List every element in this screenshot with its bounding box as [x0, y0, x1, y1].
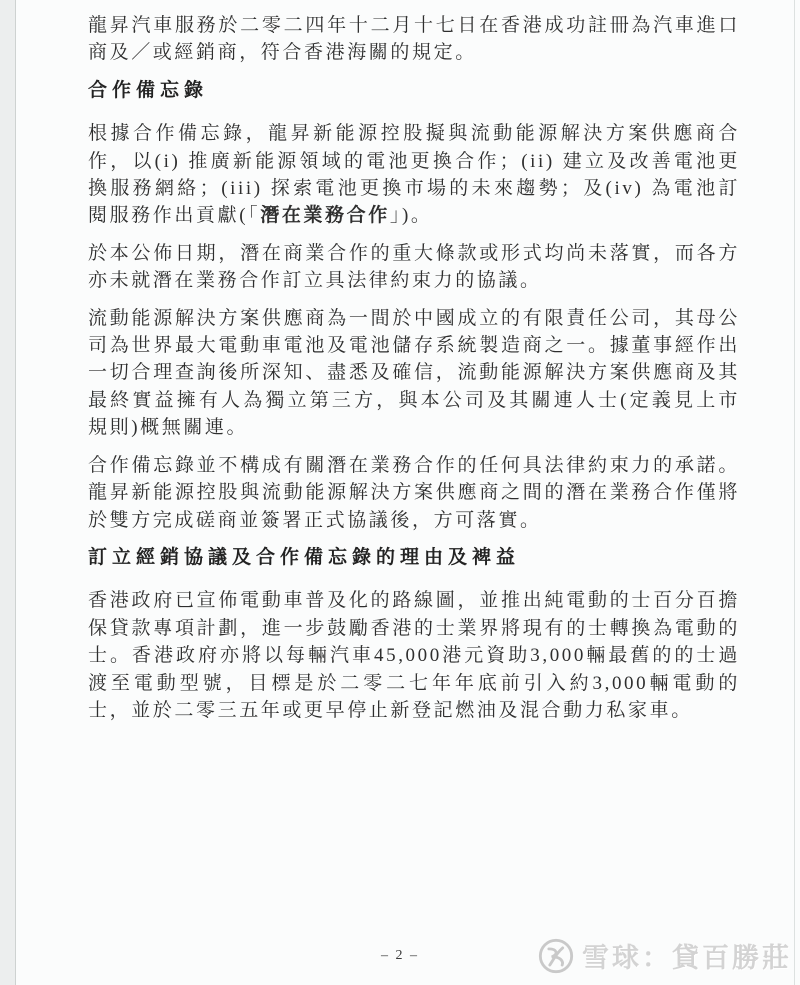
- scan-right-edge: [794, 0, 795, 985]
- page-footer: – 2 – 雪球：貸百勝莊: [0, 936, 800, 982]
- paragraph-no-binding-terms: 於本公佈日期，潛在商業合作的重大條款或形式均尚未落實，而各方亦未就潛在業務合作訂…: [88, 240, 740, 295]
- paragraph-text: 」)。: [390, 205, 433, 226]
- xueqiu-watermark: 雪球：貸百勝莊: [537, 936, 792, 975]
- paragraph-memorandum-disclaimer: 合作備忘錄並不構成有關潛在業務合作的任何具法律約束力的承諾。龍昇新能源控股與流動…: [88, 452, 740, 534]
- heading-cooperation-memorandum: 合作備忘錄: [88, 77, 740, 104]
- paragraph-supplier-background: 流動能源解決方案供應商為一間於中國成立的有限責任公司，其母公司為世界最大電動車電…: [88, 305, 740, 442]
- xueqiu-snowball-icon: [537, 937, 575, 975]
- defined-term-potential-business-cooperation: 潛在業務合作: [260, 205, 390, 226]
- paragraph-customs-registration: 龍昇汽車服務於二零二四年十二月十七日在香港成功註冊為汽車進口商及／或經銷商，符合…: [88, 12, 740, 67]
- scan-left-edge: [0, 0, 16, 985]
- paragraph-hk-ev-policy: 香港政府已宣佈電動車普及化的路線圖，並推出純電動的士百分百擔保貸款專項計劃，進一…: [88, 587, 740, 724]
- paragraph-memorandum-scope: 根據合作備忘錄，龍昇新能源控股擬與流動能源解決方案供應商合作，以(i) 推廣新能…: [88, 120, 740, 230]
- watermark-label: 雪球：貸百勝莊: [582, 936, 792, 975]
- document-content: 龍昇汽車服務於二零二四年十二月十七日在香港成功註冊為汽車進口商及／或經銷商，符合…: [88, 12, 740, 734]
- heading-reasons-and-benefits: 訂立經銷協議及合作備忘錄的理由及裨益: [88, 544, 740, 571]
